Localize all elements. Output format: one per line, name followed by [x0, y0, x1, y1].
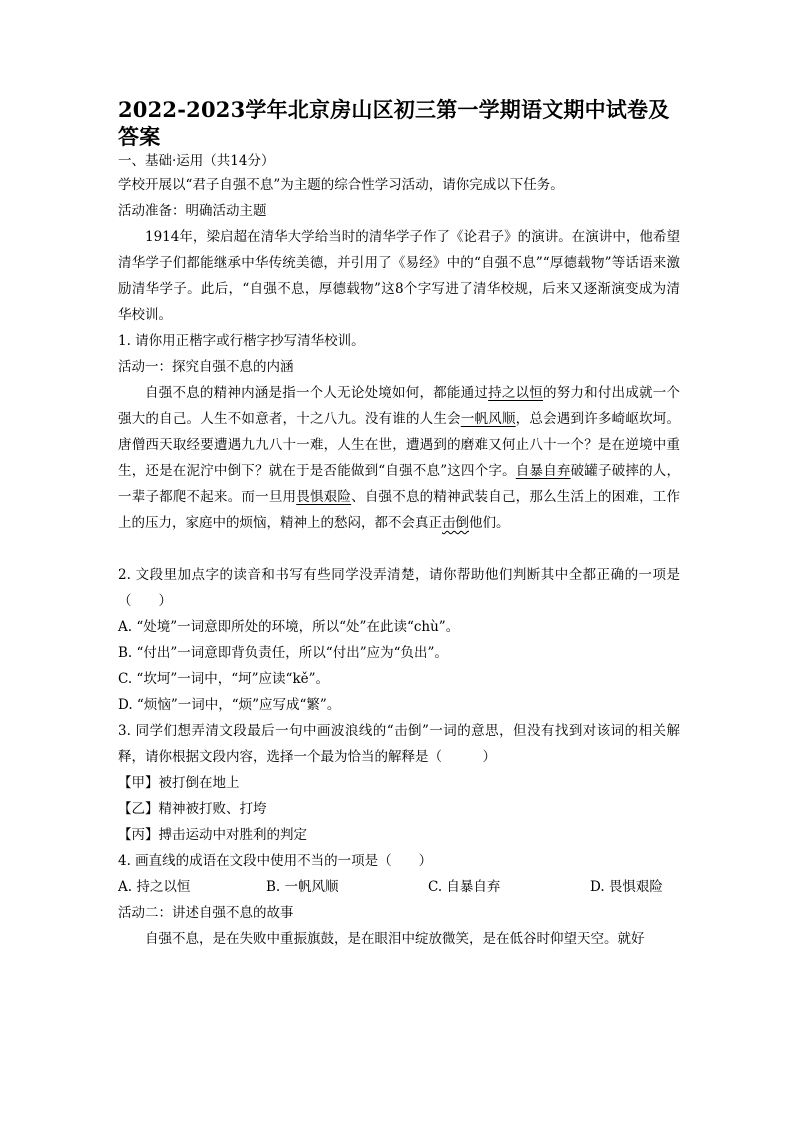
- question-4-option-a: A. 持之以恒: [118, 874, 266, 900]
- question-2-option-b: B. “付出”一词意即背负责任，所以“付出”应为“负出”。: [118, 640, 680, 666]
- underlined-idiom: 畏惧艰险: [296, 489, 351, 505]
- text-segment: 他们。: [469, 515, 510, 531]
- section-heading: 一、基础·运用（共14分）: [118, 150, 680, 172]
- activity2-paragraph: 自强不息，是在失败中重振旗鼓，是在眼泪中绽放微笑，是在低谷时仰望天空。就好: [118, 926, 680, 952]
- question-3-stem: 3. 同学们想弄清文段最后一句中画波浪线的“击倒”一词的意思，但没有找到对该词的…: [118, 718, 680, 770]
- document-title: 2022-2023学年北京房山区初三第一学期语文期中试卷及答案: [118, 96, 680, 150]
- underlined-idiom: 自暴自弃: [516, 463, 571, 479]
- question-2-option-d: D. “烦恼”一词中，“烦”应写成“繁”。: [118, 692, 680, 718]
- question-4-option-c: C. 自暴自弃: [428, 874, 590, 900]
- wavy-underlined-word: 击倒: [442, 515, 469, 531]
- question-4-options: A. 持之以恒 B. 一帆风顺 C. 自暴自弃 D. 畏惧艰险: [118, 874, 680, 900]
- question-4-option-d: D. 畏惧艰险: [590, 874, 680, 900]
- section-intro: 学校开展以“君子自强不息”为主题的综合性学习活动，请你完成以下任务。: [118, 172, 680, 198]
- text-segment: 自强不息的精神内涵是指一个人无论处境如何，都能通过: [145, 385, 488, 401]
- exam-document: 2022-2023学年北京房山区初三第一学期语文期中试卷及答案 一、基础·运用（…: [118, 96, 680, 952]
- activity-prep-paragraph: 1914年，梁启超在清华大学给当时的清华学子作了《论君子》的演讲。在演讲中，他希…: [118, 224, 680, 328]
- question-4-option-b: B. 一帆风顺: [266, 874, 428, 900]
- question-3-option-bing: 【丙】搏击运动中对胜利的判定: [118, 822, 680, 848]
- spacer: [118, 536, 680, 562]
- activity2-heading: 活动二：讲述自强不息的故事: [118, 900, 680, 926]
- underlined-idiom: 一帆风顺: [461, 411, 516, 427]
- activity1-paragraph: 自强不息的精神内涵是指一个人无论处境如何，都能通过持之以恒的努力和付出成就一个强…: [118, 380, 680, 536]
- underlined-idiom: 持之以恒: [488, 385, 543, 401]
- question-1: 1. 请你用正楷字或行楷字抄写清华校训。: [118, 328, 680, 354]
- question-2-stem: 2. 文段里加点字的读音和书写有些同学没弄清楚，请你帮助他们判断其中全都正确的一…: [118, 562, 680, 614]
- question-2-option-c: C. “坎坷”一词中，“坷”应读“kě”。: [118, 666, 680, 692]
- question-2-option-a: A. “处境”一词意即所处的环境，所以“处”在此读“chù”。: [118, 614, 680, 640]
- question-3-option-yi: 【乙】精神被打败、打垮: [118, 796, 680, 822]
- question-4-stem: 4. 画直线的成语在文段中使用不当的一项是（ ）: [118, 848, 680, 874]
- question-3-option-jia: 【甲】被打倒在地上: [118, 770, 680, 796]
- activity-prep-heading: 活动准备：明确活动主题: [118, 198, 680, 224]
- activity1-heading: 活动一：探究自强不息的内涵: [118, 354, 680, 380]
